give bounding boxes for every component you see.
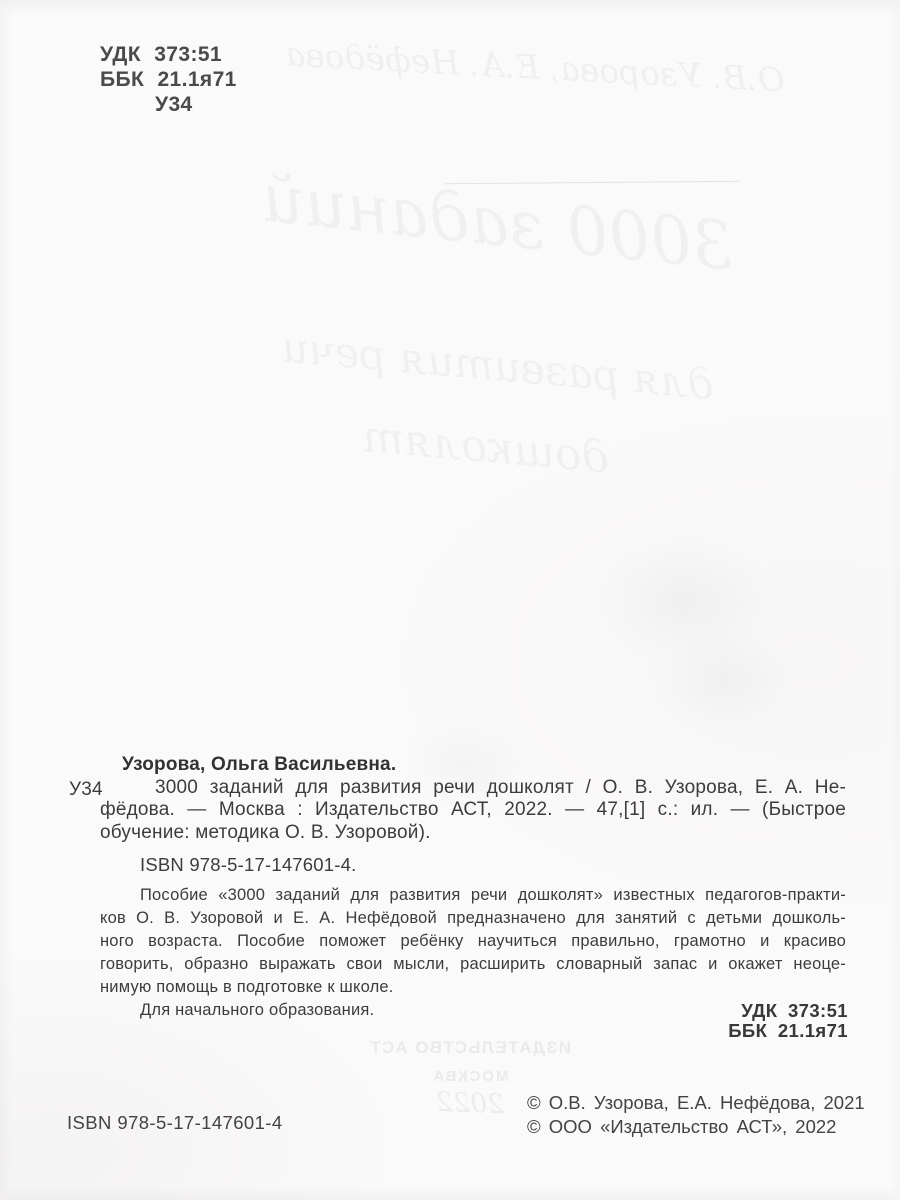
author-heading: Узорова, Ольга Васильевна.	[100, 754, 846, 777]
bbk-code-bottom: ББК 21.1я71	[728, 1021, 848, 1041]
catalog-card: У34 Узорова, Ольга Васильевна. 3000 зада…	[100, 754, 846, 1022]
copyright-line-2: © ООО «Издательство АСТ», 2022	[527, 1115, 865, 1139]
top-classification-codes: УДК 373:51 ББК 21.1я71 У34	[100, 42, 237, 117]
showthrough-publisher: ИЗДАТЕЛЬСТВО АСТ	[320, 1038, 620, 1058]
annotation-line: говорить, образно выражать свои мысли, р…	[100, 953, 846, 976]
isbn-line: ISBN 978-5-17-147601-4.	[100, 854, 846, 877]
annotation-line: Пособие «3000 заданий для развития речи …	[100, 884, 846, 907]
footer-isbn: ISBN 978-5-17-147601-4	[67, 1112, 283, 1134]
udk-code-bottom: УДК 373:51	[728, 1001, 848, 1021]
author-sign-marker: У34	[69, 779, 103, 802]
bbk-code: ББК 21.1я71	[100, 67, 237, 92]
bibliographic-line: обучение: методика О. В. Узоровой).	[100, 822, 846, 845]
annotation-line: нимую помощь в подготовке к школе.	[100, 976, 846, 999]
bottom-classification-codes: УДК 373:51 ББК 21.1я71	[728, 1001, 848, 1041]
showthrough-city: МОСКВА	[320, 1068, 620, 1085]
annotation-line: ного возраста. Пособие поможет ребёнку н…	[100, 930, 846, 953]
showthrough-authors-script: О.В. Узорова, Е.А. Нефёдова	[224, 31, 785, 99]
annotation-line: ков О. В. Узоровой и Е. А. Нефёдовой пре…	[100, 907, 846, 930]
showthrough-title-line3: дошколят	[318, 407, 611, 483]
crease-line	[445, 181, 740, 185]
copyright-line-1: © О.В. Узорова, Е.А. Нефёдова, 2021	[527, 1091, 865, 1115]
annotation: Пособие «3000 заданий для развития речи …	[100, 884, 846, 999]
bibliographic-line: фёдова. — Москва : Издательство АСТ, 202…	[100, 799, 846, 822]
author-sign-code: У34	[100, 92, 237, 117]
showthrough-title-line1: 3000 заданий	[182, 151, 737, 285]
scan-artifact	[660, 630, 790, 730]
udk-code: УДК 373:51	[100, 42, 237, 67]
showthrough-title-line2: для развития речи	[204, 316, 716, 409]
copyright-block: © О.В. Узорова, Е.А. Нефёдова, 2021 © ОО…	[527, 1091, 865, 1138]
bibliographic-line: 3000 заданий для развития речи дошколят …	[100, 777, 846, 800]
book-imprint-page: О.В. Узорова, Е.А. Нефёдова 3000 заданий…	[0, 0, 900, 1200]
